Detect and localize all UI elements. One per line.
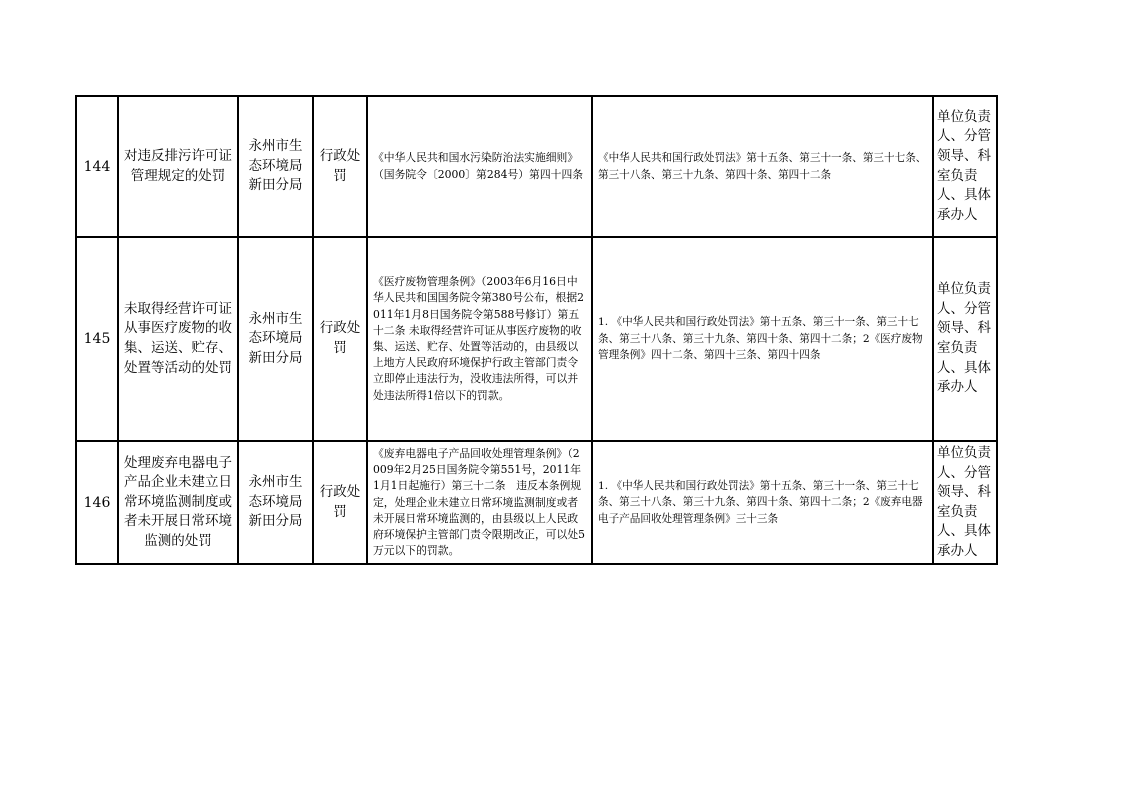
discretion-basis-cell: 1. 《中华人民共和国行政处罚法》第十五条、第三十一条、第三十七条、第三十八条、… xyxy=(592,237,933,441)
discretion-basis-cell: 1. 《中华人民共和国行政处罚法》第十五条、第三十一条、第三十七条、第三十八条、… xyxy=(592,441,933,564)
responsible-persons-cell: 单位负责人、分管领导、科室负责人、具体承办人 xyxy=(933,237,997,441)
table-row: 145 未取得经营许可证从事医疗废物的收集、运送、贮存、处置等活动的处罚 永州市… xyxy=(76,237,997,441)
power-type-cell: 行政处罚 xyxy=(313,96,367,237)
discretion-basis-cell: 《中华人民共和国行政处罚法》第十五条、第三十一条、第三十七条、第三十八条、第三十… xyxy=(592,96,933,237)
implementing-agency-cell: 永州市生态环境局新田分局 xyxy=(238,237,313,441)
row-number-cell: 145 xyxy=(76,237,118,441)
document-page: 144 对违反排污许可证管理规定的处罚 永州市生态环境局新田分局 行政处罚 《中… xyxy=(0,0,1122,793)
punishment-item-cell: 处理废弃电器电子产品企业未建立日常环境监测制度或者未开展日常环境监测的处罚 xyxy=(118,441,238,564)
punishment-item-cell: 未取得经营许可证从事医疗废物的收集、运送、贮存、处置等活动的处罚 xyxy=(118,237,238,441)
legal-basis-cell: 《中华人民共和国水污染防治法实施细则》（国务院令〔2000〕第284号）第四十四… xyxy=(367,96,592,237)
responsible-persons-cell: 单位负责人、分管领导、科室负责人、具体承办人 xyxy=(933,96,997,237)
administrative-punishment-table: 144 对违反排污许可证管理规定的处罚 永州市生态环境局新田分局 行政处罚 《中… xyxy=(75,95,998,565)
row-number-cell: 146 xyxy=(76,441,118,564)
implementing-agency-cell: 永州市生态环境局新田分局 xyxy=(238,96,313,237)
legal-basis-cell: 《废弃电器电子产品回收处理管理条例》（2009年2月25日国务院令第551号，2… xyxy=(367,441,592,564)
table-row: 144 对违反排污许可证管理规定的处罚 永州市生态环境局新田分局 行政处罚 《中… xyxy=(76,96,997,237)
table-row: 146 处理废弃电器电子产品企业未建立日常环境监测制度或者未开展日常环境监测的处… xyxy=(76,441,997,564)
punishment-item-cell: 对违反排污许可证管理规定的处罚 xyxy=(118,96,238,237)
legal-basis-cell: 《医疗废物管理条例》（2003年6月16日中华人民共和国国务院令第380号公布，… xyxy=(367,237,592,441)
power-type-cell: 行政处罚 xyxy=(313,237,367,441)
responsible-persons-cell: 单位负责人、分管领导、科室负责人、具体承办人 xyxy=(933,441,997,564)
power-type-cell: 行政处罚 xyxy=(313,441,367,564)
implementing-agency-cell: 永州市生态环境局新田分局 xyxy=(238,441,313,564)
row-number-cell: 144 xyxy=(76,96,118,237)
